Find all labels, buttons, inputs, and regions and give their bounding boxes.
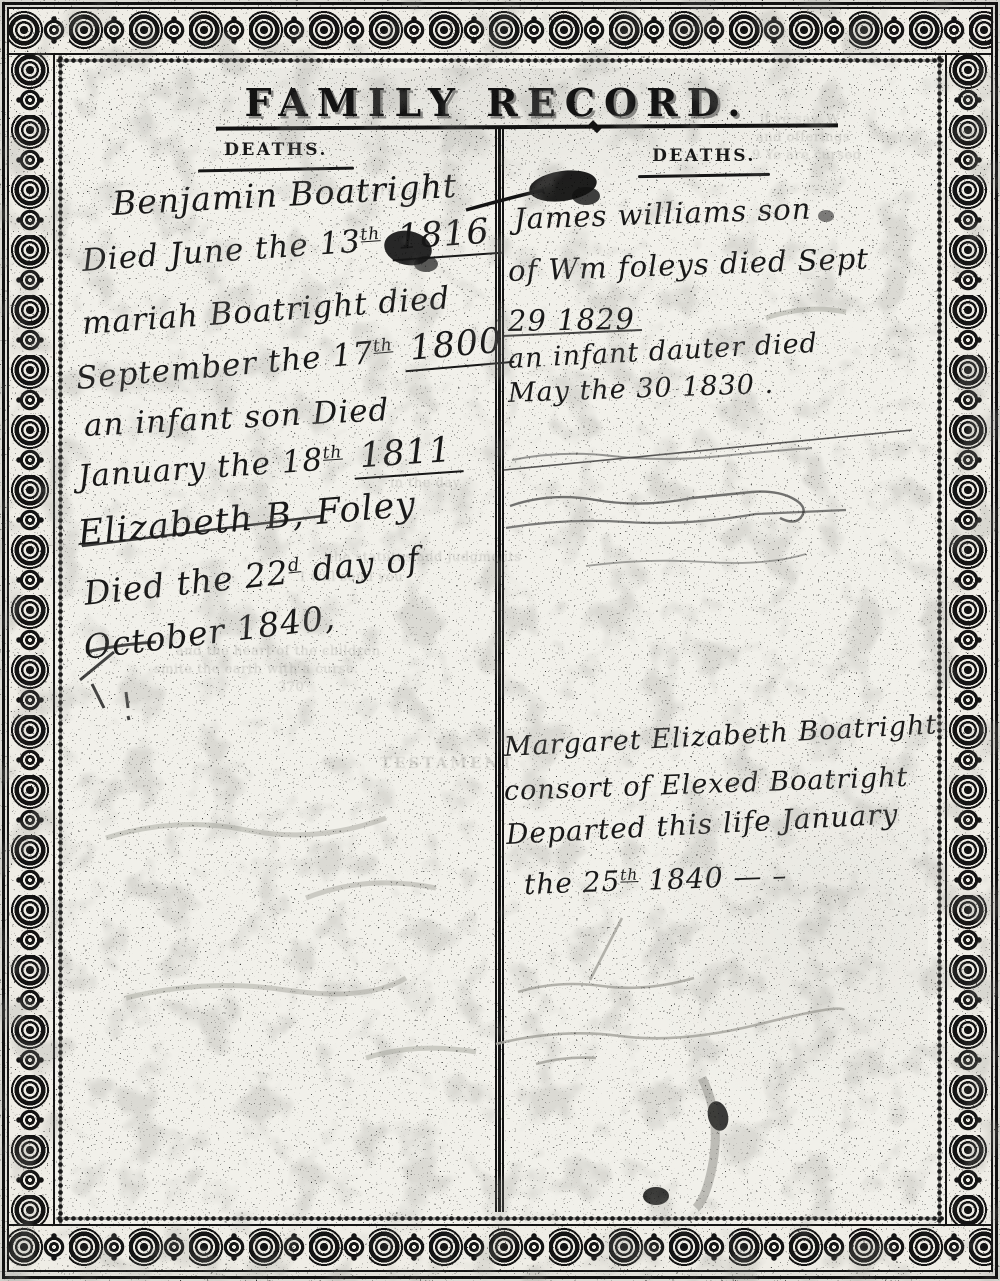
entry-infant-dauter-date: May the 30 1830 . <box>507 369 774 409</box>
scribble <box>586 554 806 566</box>
right-header-rule <box>638 173 770 178</box>
ornamental-border-bottom <box>7 1224 993 1272</box>
entry-james-line2: of Wm foleys died Sept <box>507 241 869 288</box>
date-text: day of <box>299 539 422 590</box>
entry-infant-son: an infant son Died <box>83 392 390 444</box>
death-year: 1816 <box>390 211 501 261</box>
record-sheet: if ye say, W and offerings 9 Ye are curs… <box>66 68 928 1212</box>
faint-inscription <box>496 918 844 1064</box>
column-divider <box>495 128 504 1212</box>
date-text: Died June the 13 <box>81 224 362 279</box>
page-title: FAMILY RECORD. <box>66 80 928 125</box>
scanned-family-record-page: if ye say, W and offerings 9 Ye are curs… <box>0 0 1000 1281</box>
entry-margaret-date: the 25th 1840 — – <box>523 859 787 901</box>
entry-james-name: James williams son <box>513 192 812 236</box>
ink-spot <box>705 1099 732 1133</box>
date-text: Died the 22 <box>82 553 291 613</box>
inner-motif-band-top <box>56 55 944 66</box>
entry-margaret-departed: Departed this life January <box>505 797 899 851</box>
ink-spot <box>643 1187 669 1205</box>
entry-james-date: 29 1829 <box>508 302 636 338</box>
ordinal-suffix: th <box>372 335 393 357</box>
death-year: 1811 <box>352 429 463 479</box>
ordinal-suffix: th <box>322 442 343 463</box>
ornamental-border-left <box>7 53 55 1226</box>
inner-motif-band-bottom <box>56 1213 944 1224</box>
left-column-header: DEATHS. <box>186 140 366 160</box>
entry-margaret-name: Margaret Elizabeth Boatright <box>503 709 938 763</box>
scribble <box>512 448 812 460</box>
entry-elizabeth-date: Died the 22d day of <box>82 539 422 613</box>
ornamental-border-right <box>945 53 993 1226</box>
inner-motif-band-right <box>934 55 945 1224</box>
right-column-header: DEATHS. <box>622 146 786 166</box>
date-text: September the 17 <box>75 335 376 397</box>
date-text: 1840 — – <box>638 859 788 897</box>
ordinal-suffix: th <box>360 224 381 245</box>
bleedthrough-text: 370 <box>278 680 304 695</box>
inner-motif-band-left <box>55 55 66 1224</box>
entry-benjamin-name: Benjamin Boatright <box>111 166 458 223</box>
date-text: January the 18 <box>77 442 324 495</box>
date-text: the 25 <box>523 865 620 901</box>
scribble <box>510 492 804 522</box>
bleedthrough-text: smite the earth with a curse. <box>154 662 359 677</box>
ornamental-border-top <box>7 7 993 55</box>
scribble <box>506 510 846 528</box>
smudge-streak <box>696 1078 715 1208</box>
ordinal-suffix: th <box>620 866 639 885</box>
bleedthrough-text: and offerings <box>756 130 850 145</box>
long-diagonal-line <box>504 430 912 470</box>
ink-spot <box>818 210 834 222</box>
